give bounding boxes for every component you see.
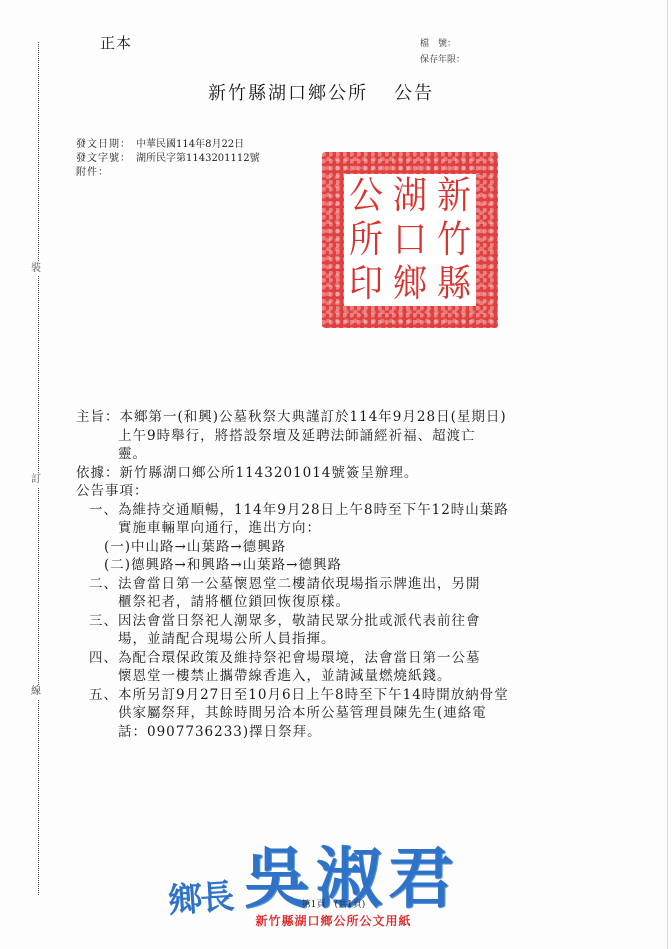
subject-label: 主旨：	[76, 409, 120, 425]
item-4-cont: 懷恩堂一樓禁止攜帶線香進入，並請減量燃燒紙錢。	[76, 667, 656, 686]
file-number-label: 檔 號：	[420, 36, 456, 52]
issue-number-label: 發文字號：	[76, 152, 136, 166]
copy-label: 正本	[100, 32, 132, 53]
item-marker: 一、	[89, 502, 118, 518]
seal-characters: 新 湖 公 竹 口 所 縣 鄉 印	[344, 174, 476, 306]
binding-mark-zhuang: 裝	[31, 262, 41, 276]
seal-char: 印	[344, 260, 388, 308]
subject-text: 本鄉第一(和興)公墓秋祭大典謹訂於114年9月28日(星期日)	[120, 409, 507, 425]
item-2: 二、法會當日第一公墓懷恩堂二樓請依現場指示牌進出，另開	[76, 575, 656, 594]
basis-line: 依據：新竹縣湖口鄉公所1143201014號簽呈辦理。	[76, 464, 656, 483]
item-marker: 五、	[89, 687, 118, 703]
item-marker: 二、	[89, 576, 118, 592]
binding-dotted-line	[38, 42, 39, 895]
binding-mark-ding: 訂	[31, 473, 41, 487]
item-3: 三、因法會當日祭祀人潮眾多，敬請民眾分批或派代表前往會	[76, 612, 656, 631]
seal-char: 口	[388, 216, 432, 264]
issue-info: 發文日期：中華民國114年8月22日 發文字號：湖所民字第1143201112號…	[76, 138, 260, 180]
subitem-2: (二)德興路→和興路→山葉路→德興路	[76, 556, 656, 575]
seal-char: 湖	[388, 172, 432, 220]
item-text: 因法會當日祭祀人潮眾多，敬請民眾分批或派代表前往會	[118, 613, 481, 629]
seal-char: 公	[344, 172, 388, 220]
item-marker: 四、	[89, 650, 118, 666]
file-meta: 檔 號： 保存年限：	[420, 36, 465, 68]
item-5: 五、本所另訂9月27日至10月6日上午8時至下午14時開放納骨堂	[76, 686, 656, 705]
seal-char: 縣	[432, 260, 476, 308]
subject-line: 靈。	[76, 445, 656, 464]
basis-label: 依據：	[76, 465, 120, 481]
official-seal-stamp: 新 湖 公 竹 口 所 縣 鄉 印	[322, 152, 498, 328]
issue-date-label: 發文日期：	[76, 138, 136, 152]
item-marker: 三、	[89, 613, 118, 629]
title-doc-type: 公告	[394, 83, 434, 104]
seal-char: 所	[344, 216, 388, 264]
retention-period-label: 保存年限：	[420, 52, 465, 68]
item-text: 為維持交通順暢，114年9月28日上午8時至下午12時山葉路	[118, 502, 509, 518]
item-text: 法會當日第一公墓懷恩堂二樓請依現場指示牌進出，另開	[118, 576, 481, 592]
document-page: 裝 訂 線 正本 檔 號： 保存年限： 新竹縣湖口鄉公所公告 發文日期：中華民國…	[0, 0, 668, 949]
item-text: 本所另訂9月27日至10月6日上午8時至下午14時開放納骨堂	[118, 687, 509, 703]
subitem-1: (一)中山路→山葉路→德興路	[76, 538, 656, 557]
item-5-cont: 供家屬祭拜，其餘時間另洽本所公墓管理員陳先生(連絡電	[76, 704, 656, 723]
subject-line: 上午9時舉行，將搭設祭壇及延聘法師誦經祈福、超渡亡	[76, 427, 656, 446]
item-3-cont: 場，並請配合現場公所人員指揮。	[76, 630, 656, 649]
items-heading: 公告事項：	[76, 482, 656, 501]
attachment-label: 附件：	[76, 166, 136, 180]
issue-date-value: 中華民國114年8月22日	[136, 138, 244, 152]
page-title: 新竹縣湖口鄉公所公告	[208, 79, 434, 105]
seal-char: 新	[432, 172, 476, 220]
letterhead-footer: 新竹縣湖口鄉公所公文用紙	[0, 912, 667, 929]
item-1: 一、為維持交通順暢，114年9月28日上午8時至下午12時山葉路	[76, 501, 656, 520]
announcement-body: 主旨：本鄉第一(和興)公墓秋祭大典謹訂於114年9月28日(星期日) 上午9時舉…	[76, 408, 656, 741]
seal-char: 鄉	[388, 260, 432, 308]
page-indicator: 第1頁 (共1頁)	[0, 897, 667, 910]
seal-char: 竹	[432, 216, 476, 264]
item-5-cont: 話：0907736233)擇日祭拜。	[76, 723, 656, 742]
title-organization: 新竹縣湖口鄉公所	[208, 83, 368, 104]
basis-text: 新竹縣湖口鄉公所1143201014號簽呈辦理。	[120, 465, 419, 481]
issue-number-value: 湖所民字第1143201112號	[136, 152, 260, 166]
binding-mark-xian: 線	[31, 685, 41, 699]
item-2-cont: 櫃祭祀者，請將櫃位鎖回恢復原樣。	[76, 593, 656, 612]
item-text: 為配合環保政策及維持祭祀會場環境，法會當日第一公墓	[118, 650, 481, 666]
subject-line: 主旨：本鄉第一(和興)公墓秋祭大典謹訂於114年9月28日(星期日)	[76, 408, 656, 427]
item-1-cont: 實施車輛單向通行，進出方向：	[76, 519, 656, 538]
item-4: 四、為配合環保政策及維持祭祀會場環境，法會當日第一公墓	[76, 649, 656, 668]
